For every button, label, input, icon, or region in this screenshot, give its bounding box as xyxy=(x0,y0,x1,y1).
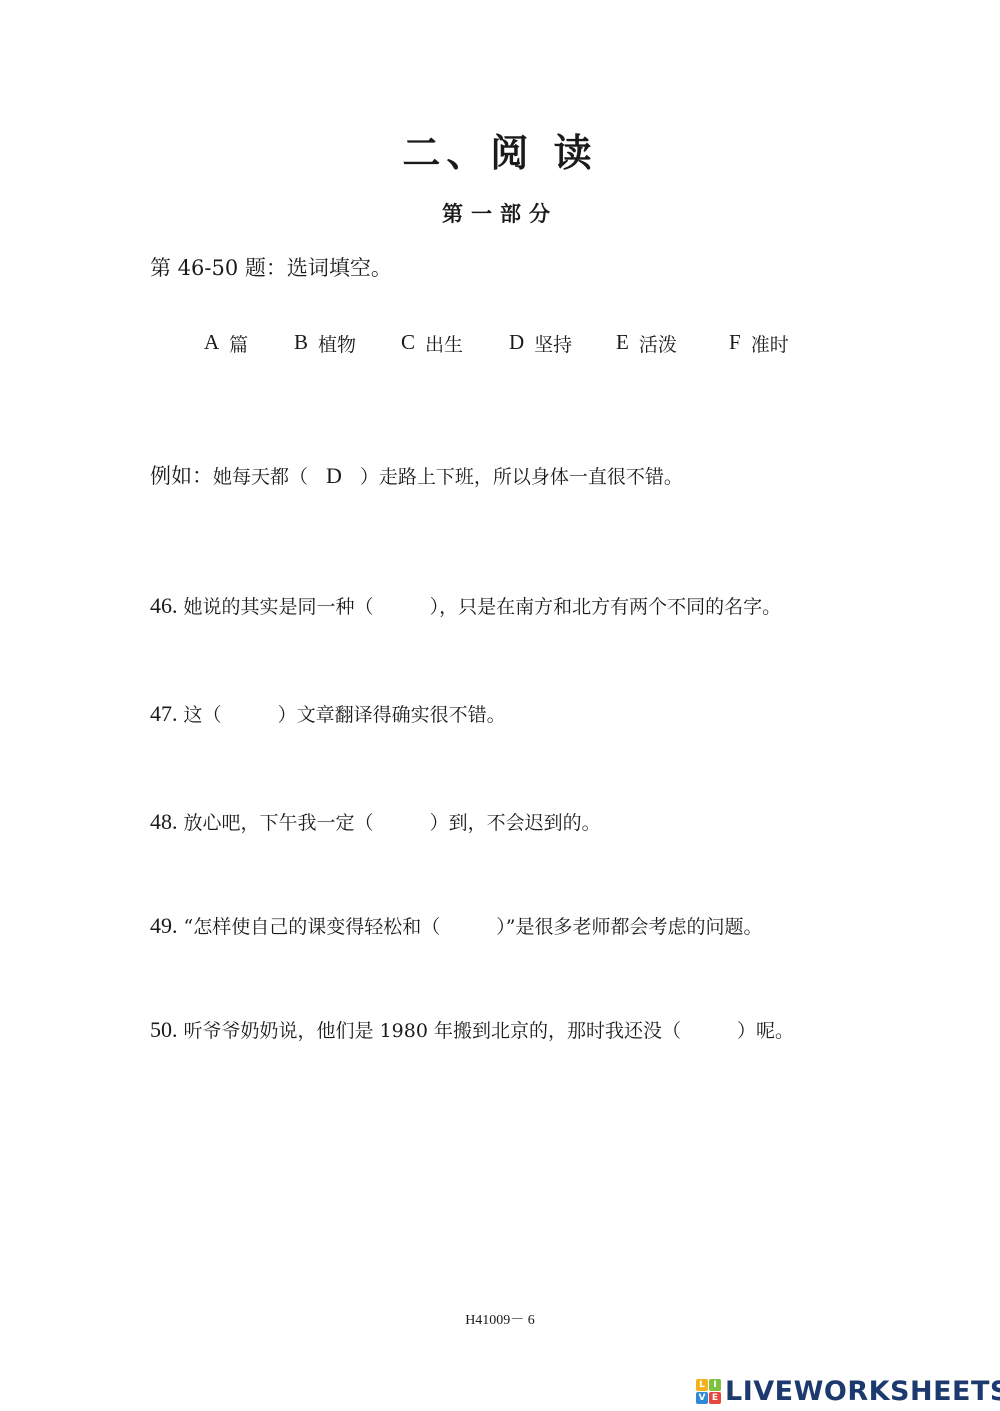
question-text-after: ），只是在南方和北方有两个不同的名字。 xyxy=(430,596,782,618)
instructions: 第 46-50 题：选词填空。 xyxy=(150,252,392,282)
logo-tile: E xyxy=(709,1392,721,1404)
answer-input-49[interactable] xyxy=(440,916,496,940)
option-f: F 准时 xyxy=(729,330,789,357)
question-48: 48. 放心吧，下午我一定（）到，不会迟到的。 xyxy=(150,808,601,836)
logo-tile: V xyxy=(696,1392,708,1404)
option-a: A 篇 xyxy=(204,330,294,357)
question-text-before: “怎样使自己的课变得轻松和（ xyxy=(184,916,441,938)
option-e: E 活泼 xyxy=(616,330,729,357)
option-c: C 出生 xyxy=(401,330,509,357)
word-options: A 篇 B 植物 C 出生 D 坚持 E 活泼 F 准时 xyxy=(204,330,789,357)
answer-input-48[interactable] xyxy=(374,812,430,836)
example-label: 例如： xyxy=(150,464,213,488)
option-word: 植物 xyxy=(318,330,356,357)
logo-tile: I xyxy=(709,1379,721,1391)
option-word: 篇 xyxy=(229,330,248,357)
question-50: 50. 听爷爷奶奶说，他们是 1980 年搬到北京的，那时我还没（）呢。 xyxy=(150,1016,794,1044)
question-text-before: 听爷爷奶奶说，他们是 1980 年搬到北京的，那时我还没（ xyxy=(184,1020,681,1042)
live-logo-icon: L I V E xyxy=(696,1379,721,1404)
question-46: 46. 她说的其实是同一种（），只是在南方和北方有两个不同的名字。 xyxy=(150,592,781,620)
question-text-after: ）”是很多老师都会考虑的问题。 xyxy=(496,916,762,938)
question-number: 50. xyxy=(150,1017,178,1042)
question-text-after: ）到，不会迟到的。 xyxy=(430,812,601,834)
example-answer: D xyxy=(308,463,360,488)
section-title: 二、阅 读 xyxy=(0,122,1000,177)
option-word: 准时 xyxy=(751,330,789,357)
liveworksheets-brand: L I V E LIVEWORKSHEETS xyxy=(696,1376,1000,1407)
question-text-after: ）呢。 xyxy=(737,1020,794,1042)
question-text-after: ）文章翻译得确实很不错。 xyxy=(278,704,506,726)
option-word: 出生 xyxy=(425,330,463,357)
question-number: 48. xyxy=(150,809,178,834)
answer-input-50[interactable] xyxy=(681,1020,737,1044)
question-text-before: 这（ xyxy=(184,704,222,726)
page-code: H41009－ 6 xyxy=(0,1309,1000,1329)
example-sentence: 例如：她每天都（D）走路上下班，所以身体一直很不错。 xyxy=(150,460,683,490)
question-text-before: 放心吧，下午我一定（ xyxy=(184,812,374,834)
example-after: ）走路上下班，所以身体一直很不错。 xyxy=(360,466,683,488)
question-number: 49. xyxy=(150,913,178,938)
answer-input-46[interactable] xyxy=(374,596,430,620)
answer-input-47[interactable] xyxy=(222,704,278,728)
part-subtitle: 第一部分 xyxy=(0,198,1000,228)
option-d: D 坚持 xyxy=(509,330,616,357)
brand-name: LIVEWORKSHEETS xyxy=(725,1376,1000,1407)
option-letter: D xyxy=(509,330,524,357)
option-letter: A xyxy=(204,330,219,357)
option-b: B 植物 xyxy=(294,330,401,357)
question-47: 47. 这（）文章翻译得确实很不错。 xyxy=(150,700,506,728)
option-letter: B xyxy=(294,330,308,357)
question-number: 47. xyxy=(150,701,178,726)
question-number: 46. xyxy=(150,593,178,618)
logo-tile: L xyxy=(696,1379,708,1391)
option-letter: E xyxy=(616,330,629,357)
question-49: 49. “怎样使自己的课变得轻松和（）”是很多老师都会考虑的问题。 xyxy=(150,912,762,940)
option-letter: F xyxy=(729,330,741,357)
question-text-before: 她说的其实是同一种（ xyxy=(184,596,374,618)
option-letter: C xyxy=(401,330,415,357)
option-word: 活泼 xyxy=(639,330,677,357)
example-before: 她每天都（ xyxy=(213,466,308,488)
option-word: 坚持 xyxy=(534,330,572,357)
